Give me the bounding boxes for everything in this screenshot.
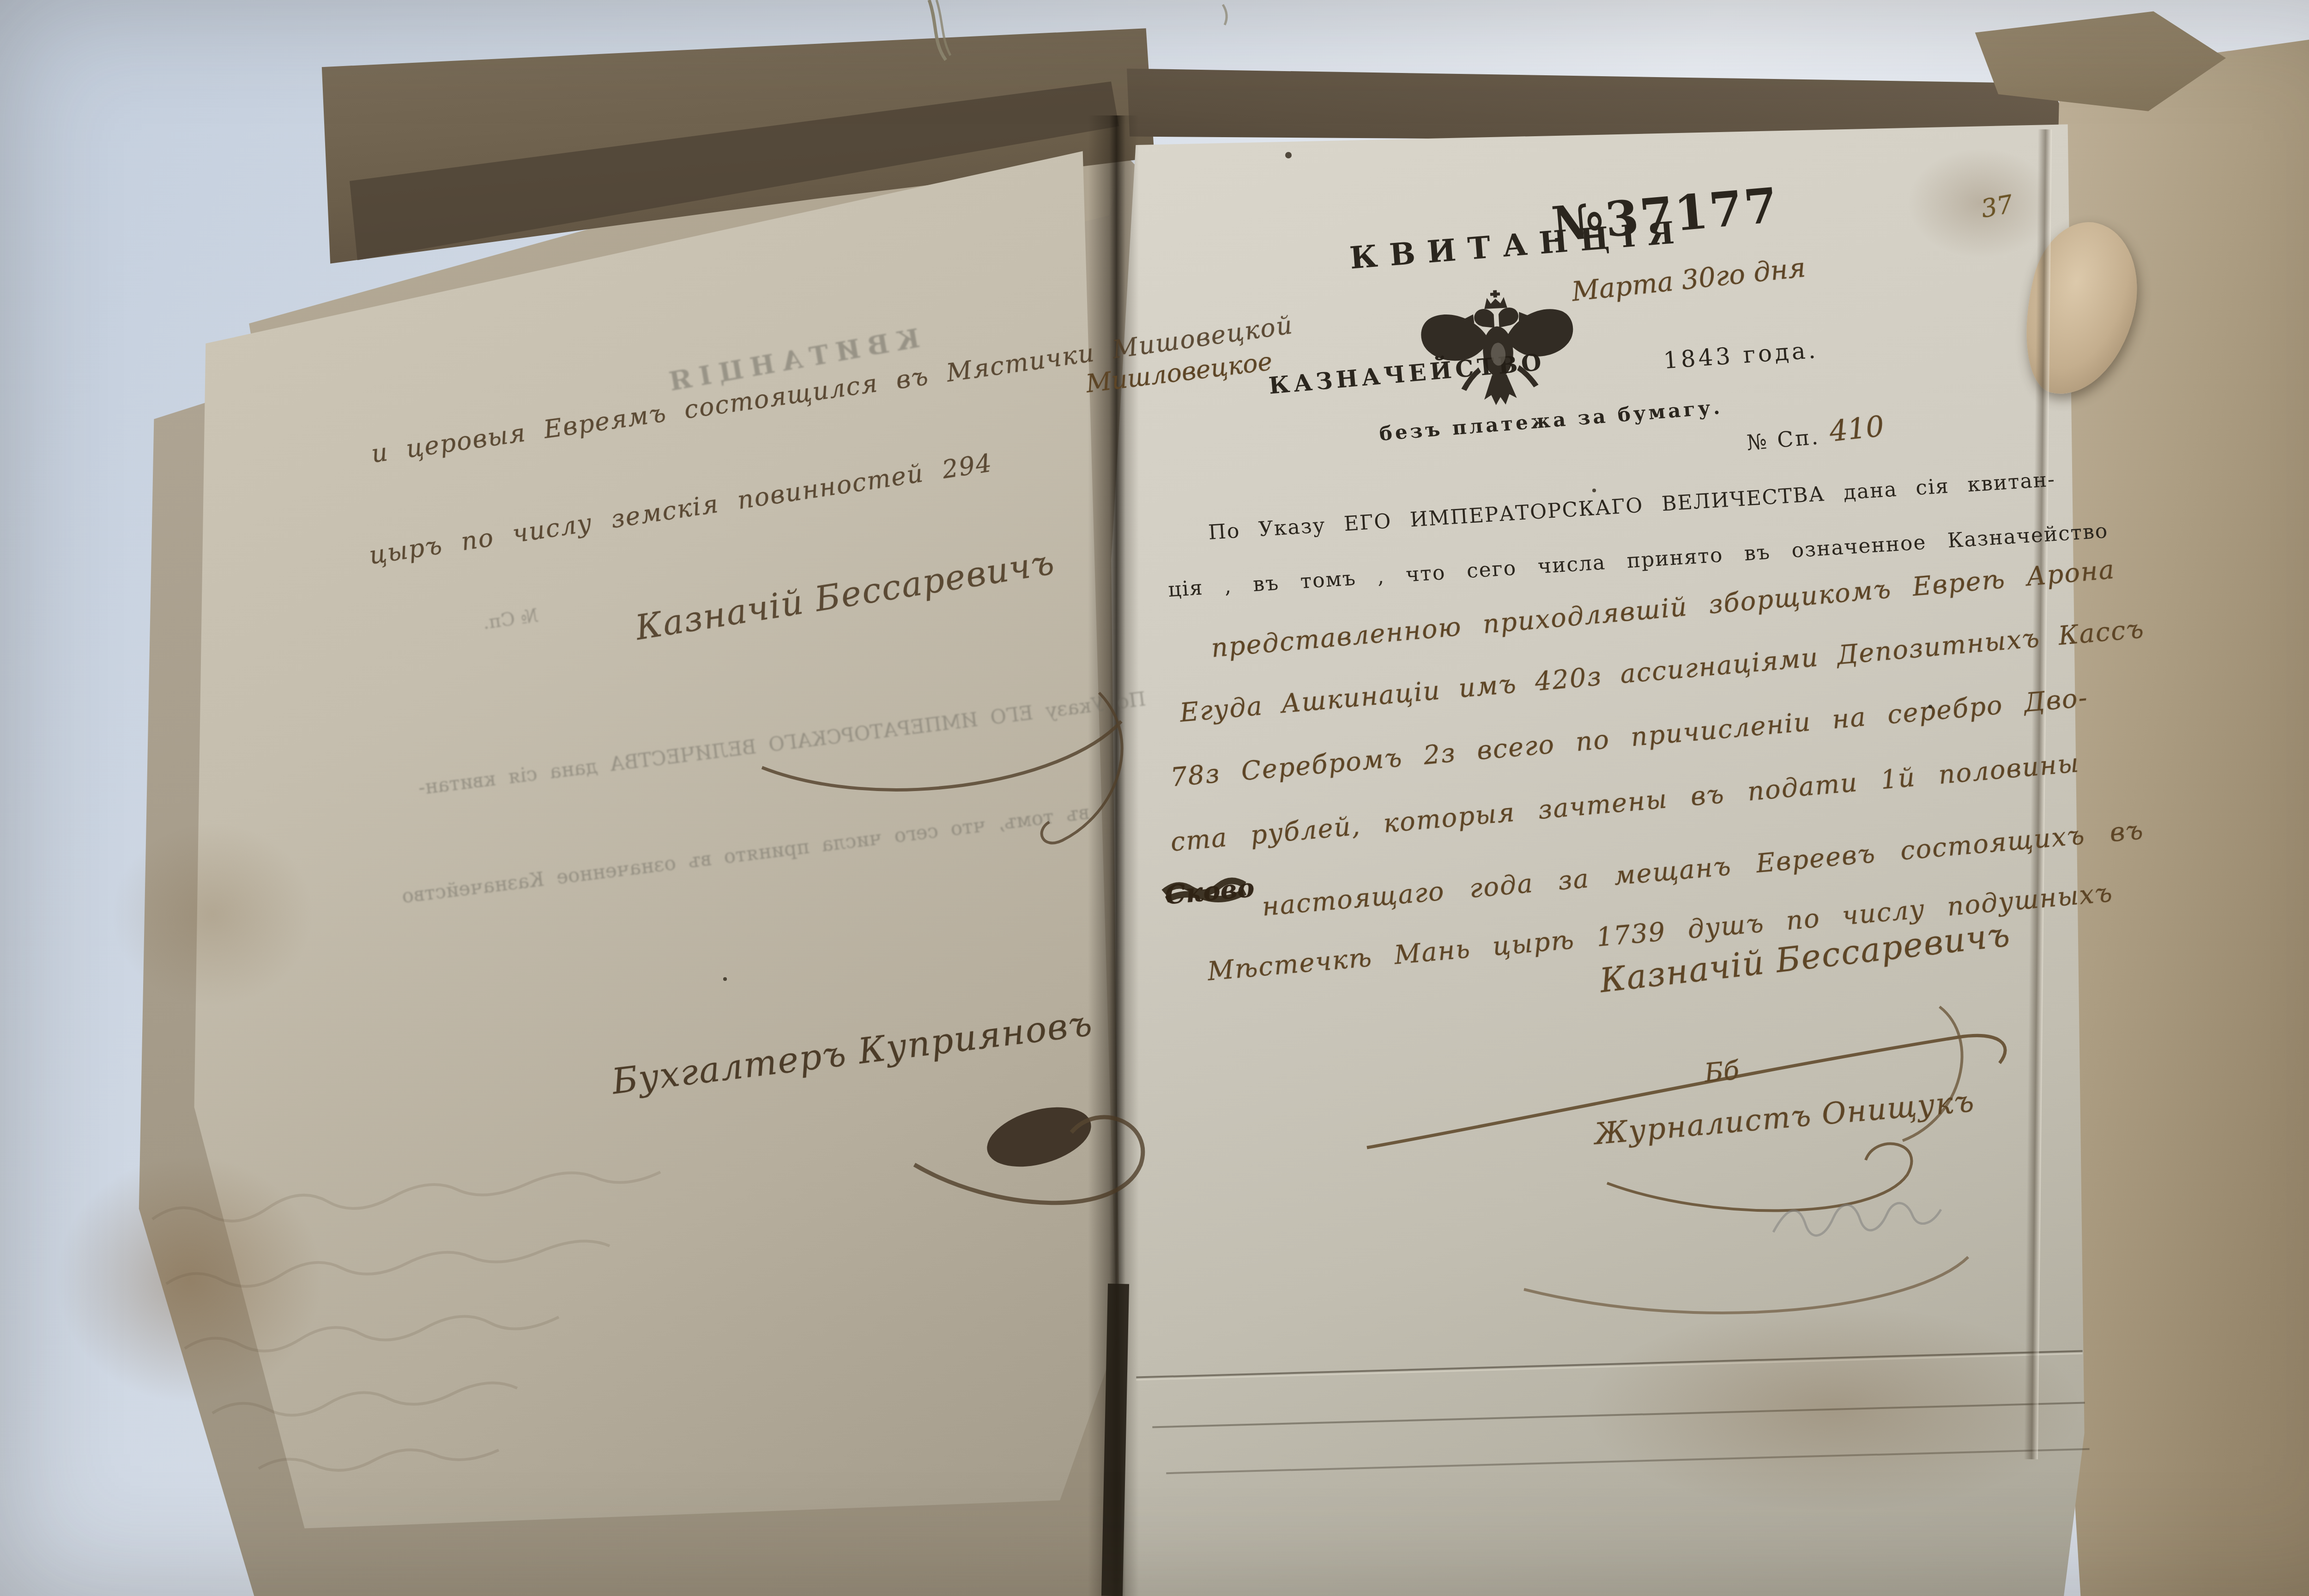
handwritten-sp-value: 410 <box>1828 409 1886 448</box>
paper-stain <box>55 1155 323 1404</box>
folio-page-number: 37 <box>1979 189 2015 224</box>
left-receipt-page <box>185 139 1136 1542</box>
imperial-eagle-emblem <box>1416 280 1581 440</box>
archival-photo: КВИТАНЦІЯ №37177 Марта 30го дня Мишловец… <box>0 0 2309 1596</box>
paper-stain <box>111 822 314 1007</box>
handwritten-mark: Бб <box>1703 1055 1741 1088</box>
paper-stain <box>1589 1307 2078 1510</box>
